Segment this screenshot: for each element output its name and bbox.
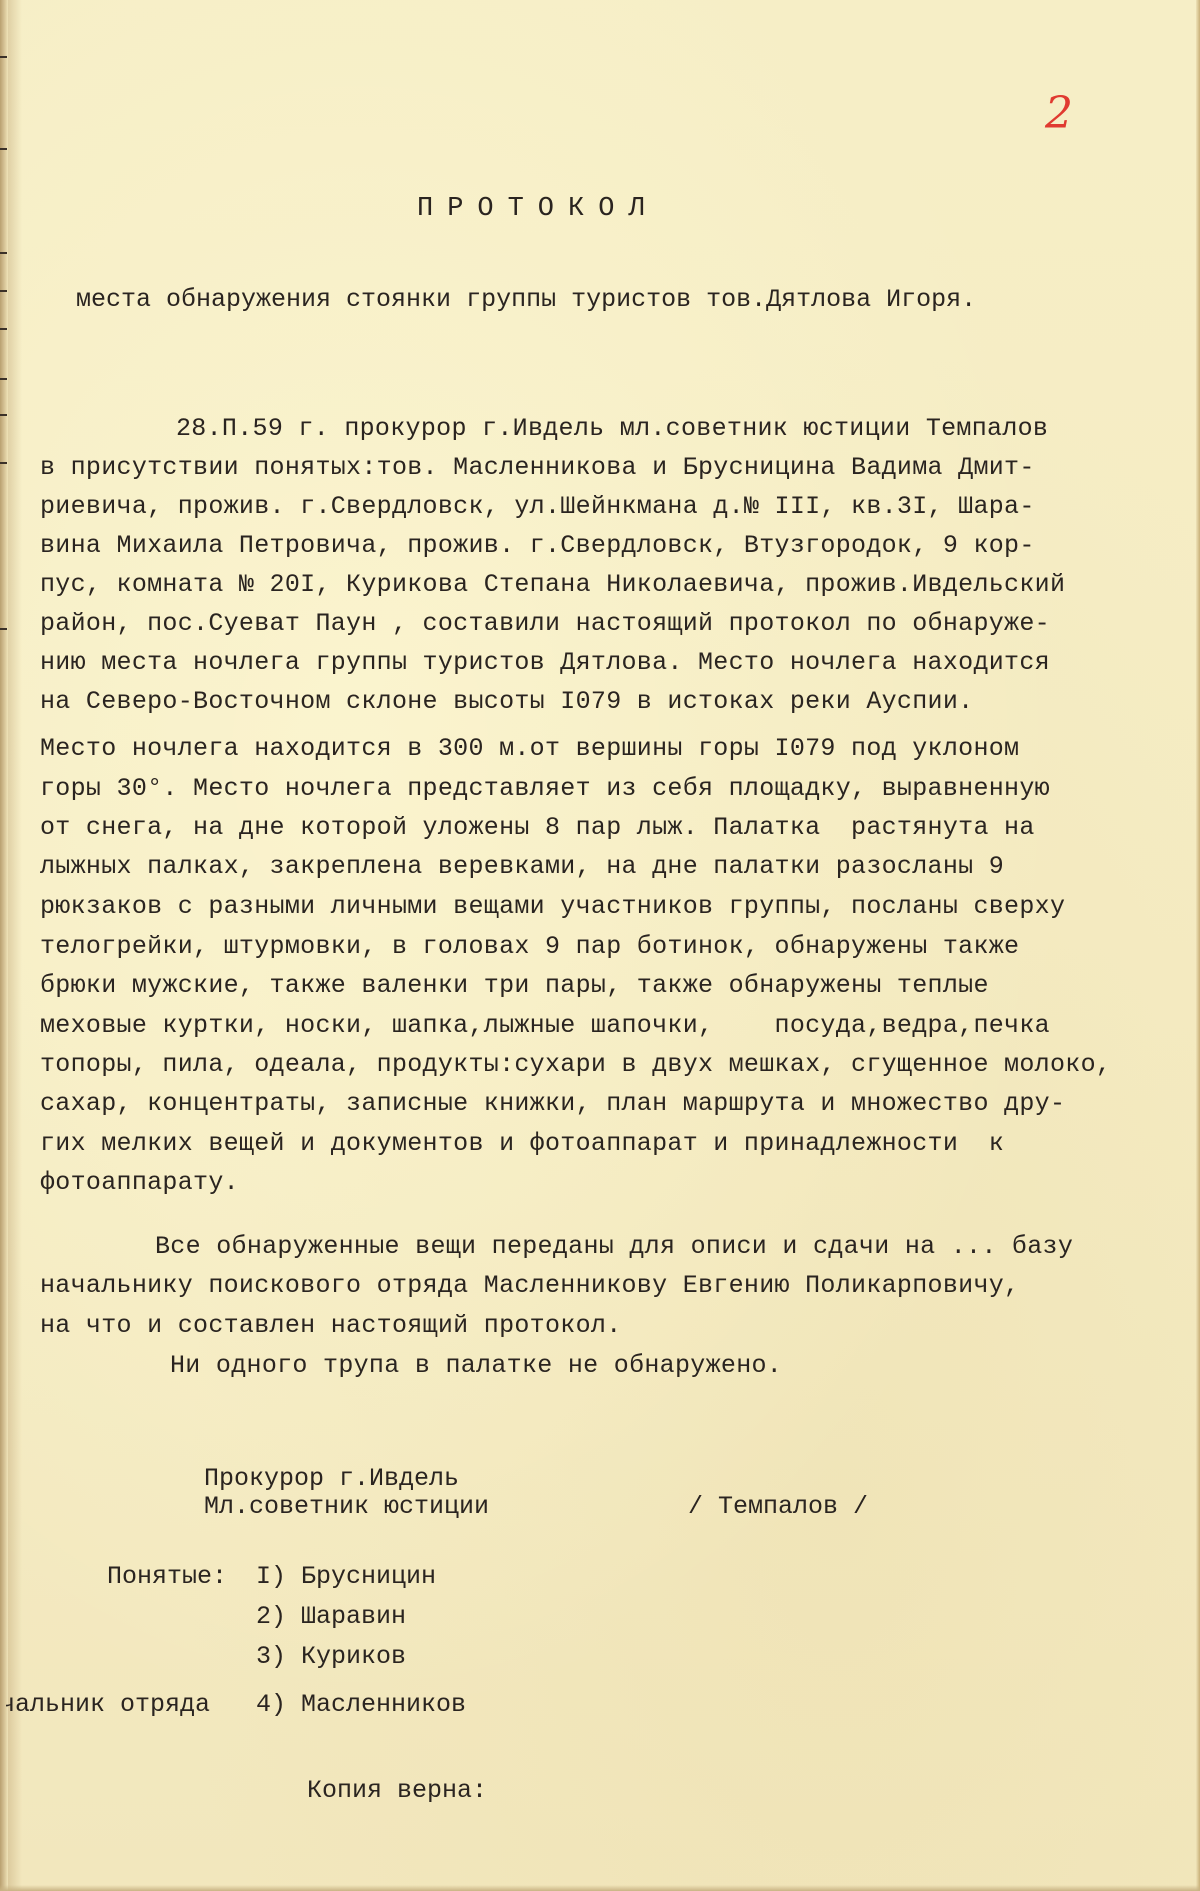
binding-mark (0, 328, 7, 330)
closing-line: на что и составлен настоящий протокол. (40, 1313, 622, 1338)
document-title: ПРОТОКОЛ (417, 196, 659, 223)
binding-mark (0, 56, 7, 58)
binding-mark (0, 414, 7, 416)
body-line: рюкзаков с разными личными вещами участн… (40, 894, 1065, 919)
body-line: горы 30°. Место ночлега представляет из … (40, 776, 1050, 801)
witness-margin-note: чальник отряда (0, 1692, 210, 1717)
signature-name: / Темпалов / (688, 1494, 868, 1519)
bottom-page-edge (0, 1885, 1200, 1891)
binding-mark (0, 290, 7, 292)
closing-line: начальнику поискового отряда Масленников… (40, 1273, 1019, 1298)
body-line: фотоаппарату. (40, 1170, 239, 1195)
body-line: сахар, концентраты, записные книжки, пла… (40, 1091, 1065, 1116)
body-line: Место ночлега находится в 300 м.от верши… (40, 736, 1019, 761)
body-line: брюки мужские, также валенки три пары, т… (40, 973, 989, 998)
body-line: гих мелких вещей и документов и фотоаппа… (40, 1131, 1004, 1156)
body-line: в присутствии понятых:тов. Масленникова … (40, 455, 1035, 480)
body-line: от снега, на дне которой уложены 8 пар л… (40, 815, 1035, 840)
witness-item: 4) Масленников (256, 1692, 466, 1717)
body-line: лыжных палках, закреплена веревками, на … (40, 854, 1004, 879)
witnesses-label: Понятые: (107, 1564, 227, 1589)
body-line: меховые куртки, носки, шапка,лыжные шапо… (40, 1013, 1050, 1038)
document-subtitle: места обнаружения стоянки группы туристо… (76, 287, 976, 312)
witness-item: 2) Шаравин (256, 1604, 406, 1629)
binding-mark (0, 148, 7, 150)
body-line: топоры, пила, одеала, продукты:сухари в … (40, 1052, 1111, 1077)
body-line: риевича, прожив. г.Свердловск, ул.Шейнкм… (40, 494, 1035, 519)
body-line: телогрейки, штурмовки, в головах 9 пар б… (40, 934, 1019, 959)
body-line: на Северо-Восточном склоне высоты I079 в… (40, 689, 973, 714)
body-line: 28.П.59 г. прокурор г.Ивдель мл.советник… (176, 416, 1048, 441)
binding-mark (0, 252, 7, 254)
handwritten-page-number: 2 (1045, 92, 1073, 136)
closing-line: Все обнаруженные вещи переданы для описи… (155, 1234, 1073, 1259)
body-line: район, пос.Суеват Паун , составили насто… (40, 611, 1050, 636)
witness-item: I) Брусницин (256, 1564, 436, 1589)
body-line: вина Михаила Петровича, прожив. г.Свердл… (40, 533, 1035, 558)
binding-mark (0, 462, 7, 464)
witness-item: 3) Куриков (256, 1644, 406, 1669)
signature-position-line1: Прокурор г.Ивдель (204, 1466, 459, 1491)
body-line: пус, комната № 20I, Курикова Степана Ник… (40, 572, 1065, 597)
margin-binding-marks (0, 0, 10, 1891)
closing-line: Ни одного трупа в палатке не обнаружено. (170, 1353, 782, 1378)
binding-mark (0, 378, 7, 380)
certification-text: Копия верна: (307, 1778, 487, 1803)
signature-position-line2: Мл.советник юстиции (204, 1494, 489, 1519)
body-line: нию места ночлега группы туристов Дятлов… (40, 650, 1050, 675)
binding-mark (0, 628, 7, 630)
right-page-edge (1196, 0, 1200, 1891)
binding-shadow (8, 0, 22, 1891)
